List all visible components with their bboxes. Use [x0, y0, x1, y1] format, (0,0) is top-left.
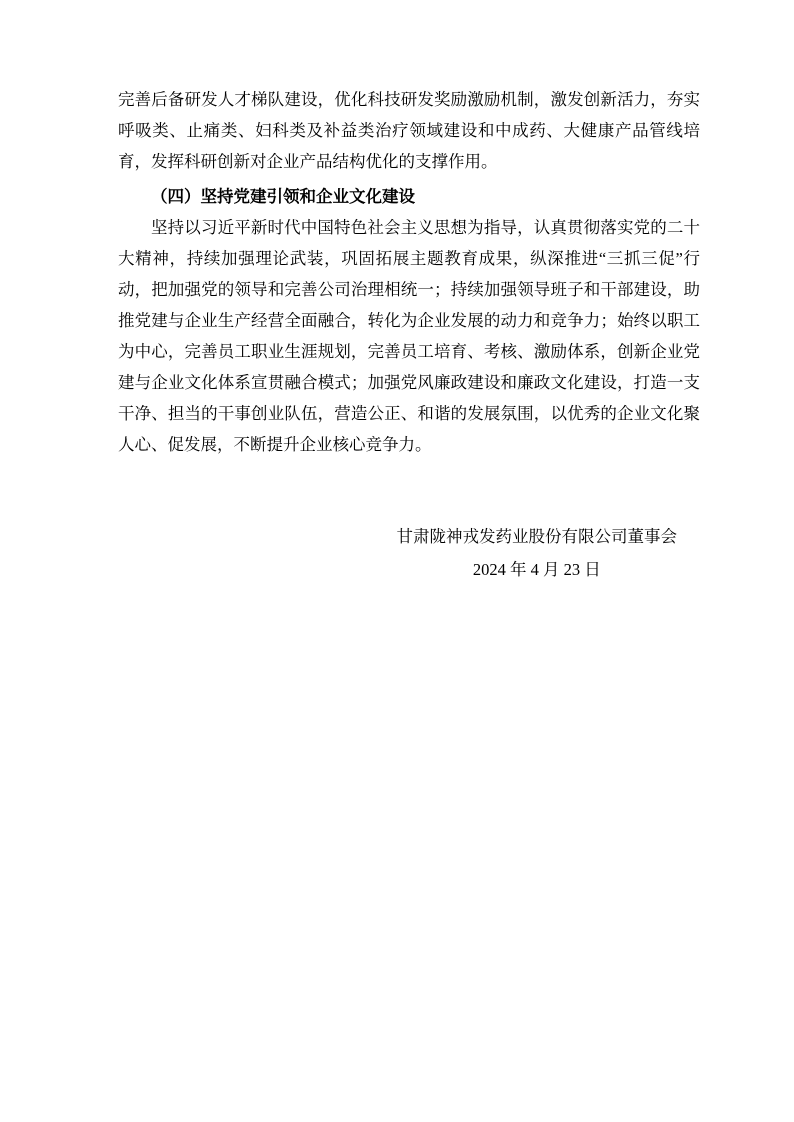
signature-date: 2024 年 4 月 23 日 — [397, 553, 678, 586]
document-page: 完善后备研发人才梯队建设，优化科技研发奖励激励机制，激发创新活力，夯实呼吸类、止… — [0, 0, 794, 1122]
section-heading: （四）坚持党建引领和企业文化建设 — [118, 181, 700, 212]
page-content: 完善后备研发人才梯队建设，优化科技研发奖励激励机制，激发创新活力，夯实呼吸类、止… — [118, 84, 700, 586]
signature-company: 甘肃陇神戎发药业股份有限公司董事会 — [397, 520, 678, 553]
section-body-paragraph: 坚持以习近平新时代中国特色社会主义思想为指导，认真贯彻落实党的二十大精神，持续加… — [118, 212, 700, 460]
paragraph-continuation: 完善后备研发人才梯队建设，优化科技研发奖励激励机制，激发创新活力，夯实呼吸类、止… — [118, 84, 700, 177]
signature-block: 甘肃陇神戎发药业股份有限公司董事会 2024 年 4 月 23 日 — [397, 520, 678, 586]
